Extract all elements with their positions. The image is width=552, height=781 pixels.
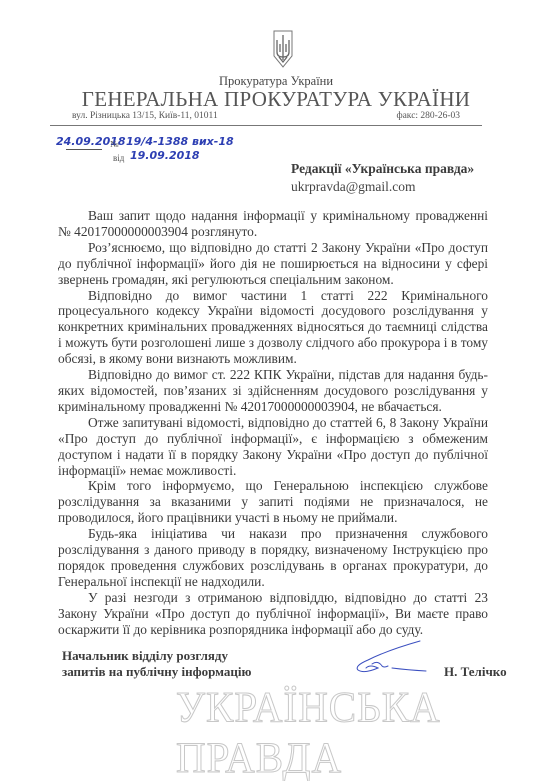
number-label: № — [110, 139, 119, 149]
recipient-name: Редакції «Українська правда» — [291, 161, 474, 177]
paragraph: Ваш запит щодо надання інформації у крим… — [58, 208, 488, 240]
signatory-title: Начальник відділу розгляду запитів на пу… — [62, 648, 251, 680]
incoming-date: 19.09.2018 — [130, 149, 200, 162]
trident-emblem-icon — [273, 30, 293, 68]
dash-line — [66, 149, 102, 150]
watermark: УКРАЇНСЬКА ПРАВДА — [176, 682, 552, 781]
letterhead-divider — [50, 125, 482, 126]
paragraph: Відповідно до вимог ст. 222 КПК України,… — [58, 367, 488, 415]
paragraph: Відповідно до вимог частини 1 статті 222… — [58, 288, 488, 368]
signatory-title-line2: запитів на публічну інформацію — [62, 664, 251, 680]
paragraph: Роз’яснюємо, що відповідно до статті 2 З… — [58, 240, 488, 288]
paragraph: Будь-яка ініціатива чи накази про призна… — [58, 526, 488, 590]
recipient-email: ukrpravda@gmail.com — [291, 179, 416, 195]
from-label: від — [113, 153, 124, 163]
paragraph: Крім того інформуємо, що Генеральною інс… — [58, 478, 488, 526]
letter-body: Ваш запит щодо надання інформації у крим… — [58, 208, 488, 637]
signatory-title-line1: Начальник відділу розгляду — [62, 648, 251, 664]
org-big-title: ГЕНЕРАЛЬНА ПРОКУРАТУРА УКРАЇНИ — [0, 87, 552, 112]
paragraph: У разі незгоди з отриманою відповіддю, в… — [58, 590, 488, 638]
org-address: вул. Різницька 13/15, Київ-11, 01011 — [72, 111, 218, 121]
outgoing-number: 19/4-1388 вих-18 — [126, 135, 234, 148]
paragraph: Отже запитувані відомості, відповідно до… — [58, 415, 488, 479]
org-fax: факс: 280-26-03 — [396, 111, 460, 121]
handwritten-signature-icon — [348, 638, 428, 674]
signatory-name: Н. Телічко — [444, 664, 507, 680]
